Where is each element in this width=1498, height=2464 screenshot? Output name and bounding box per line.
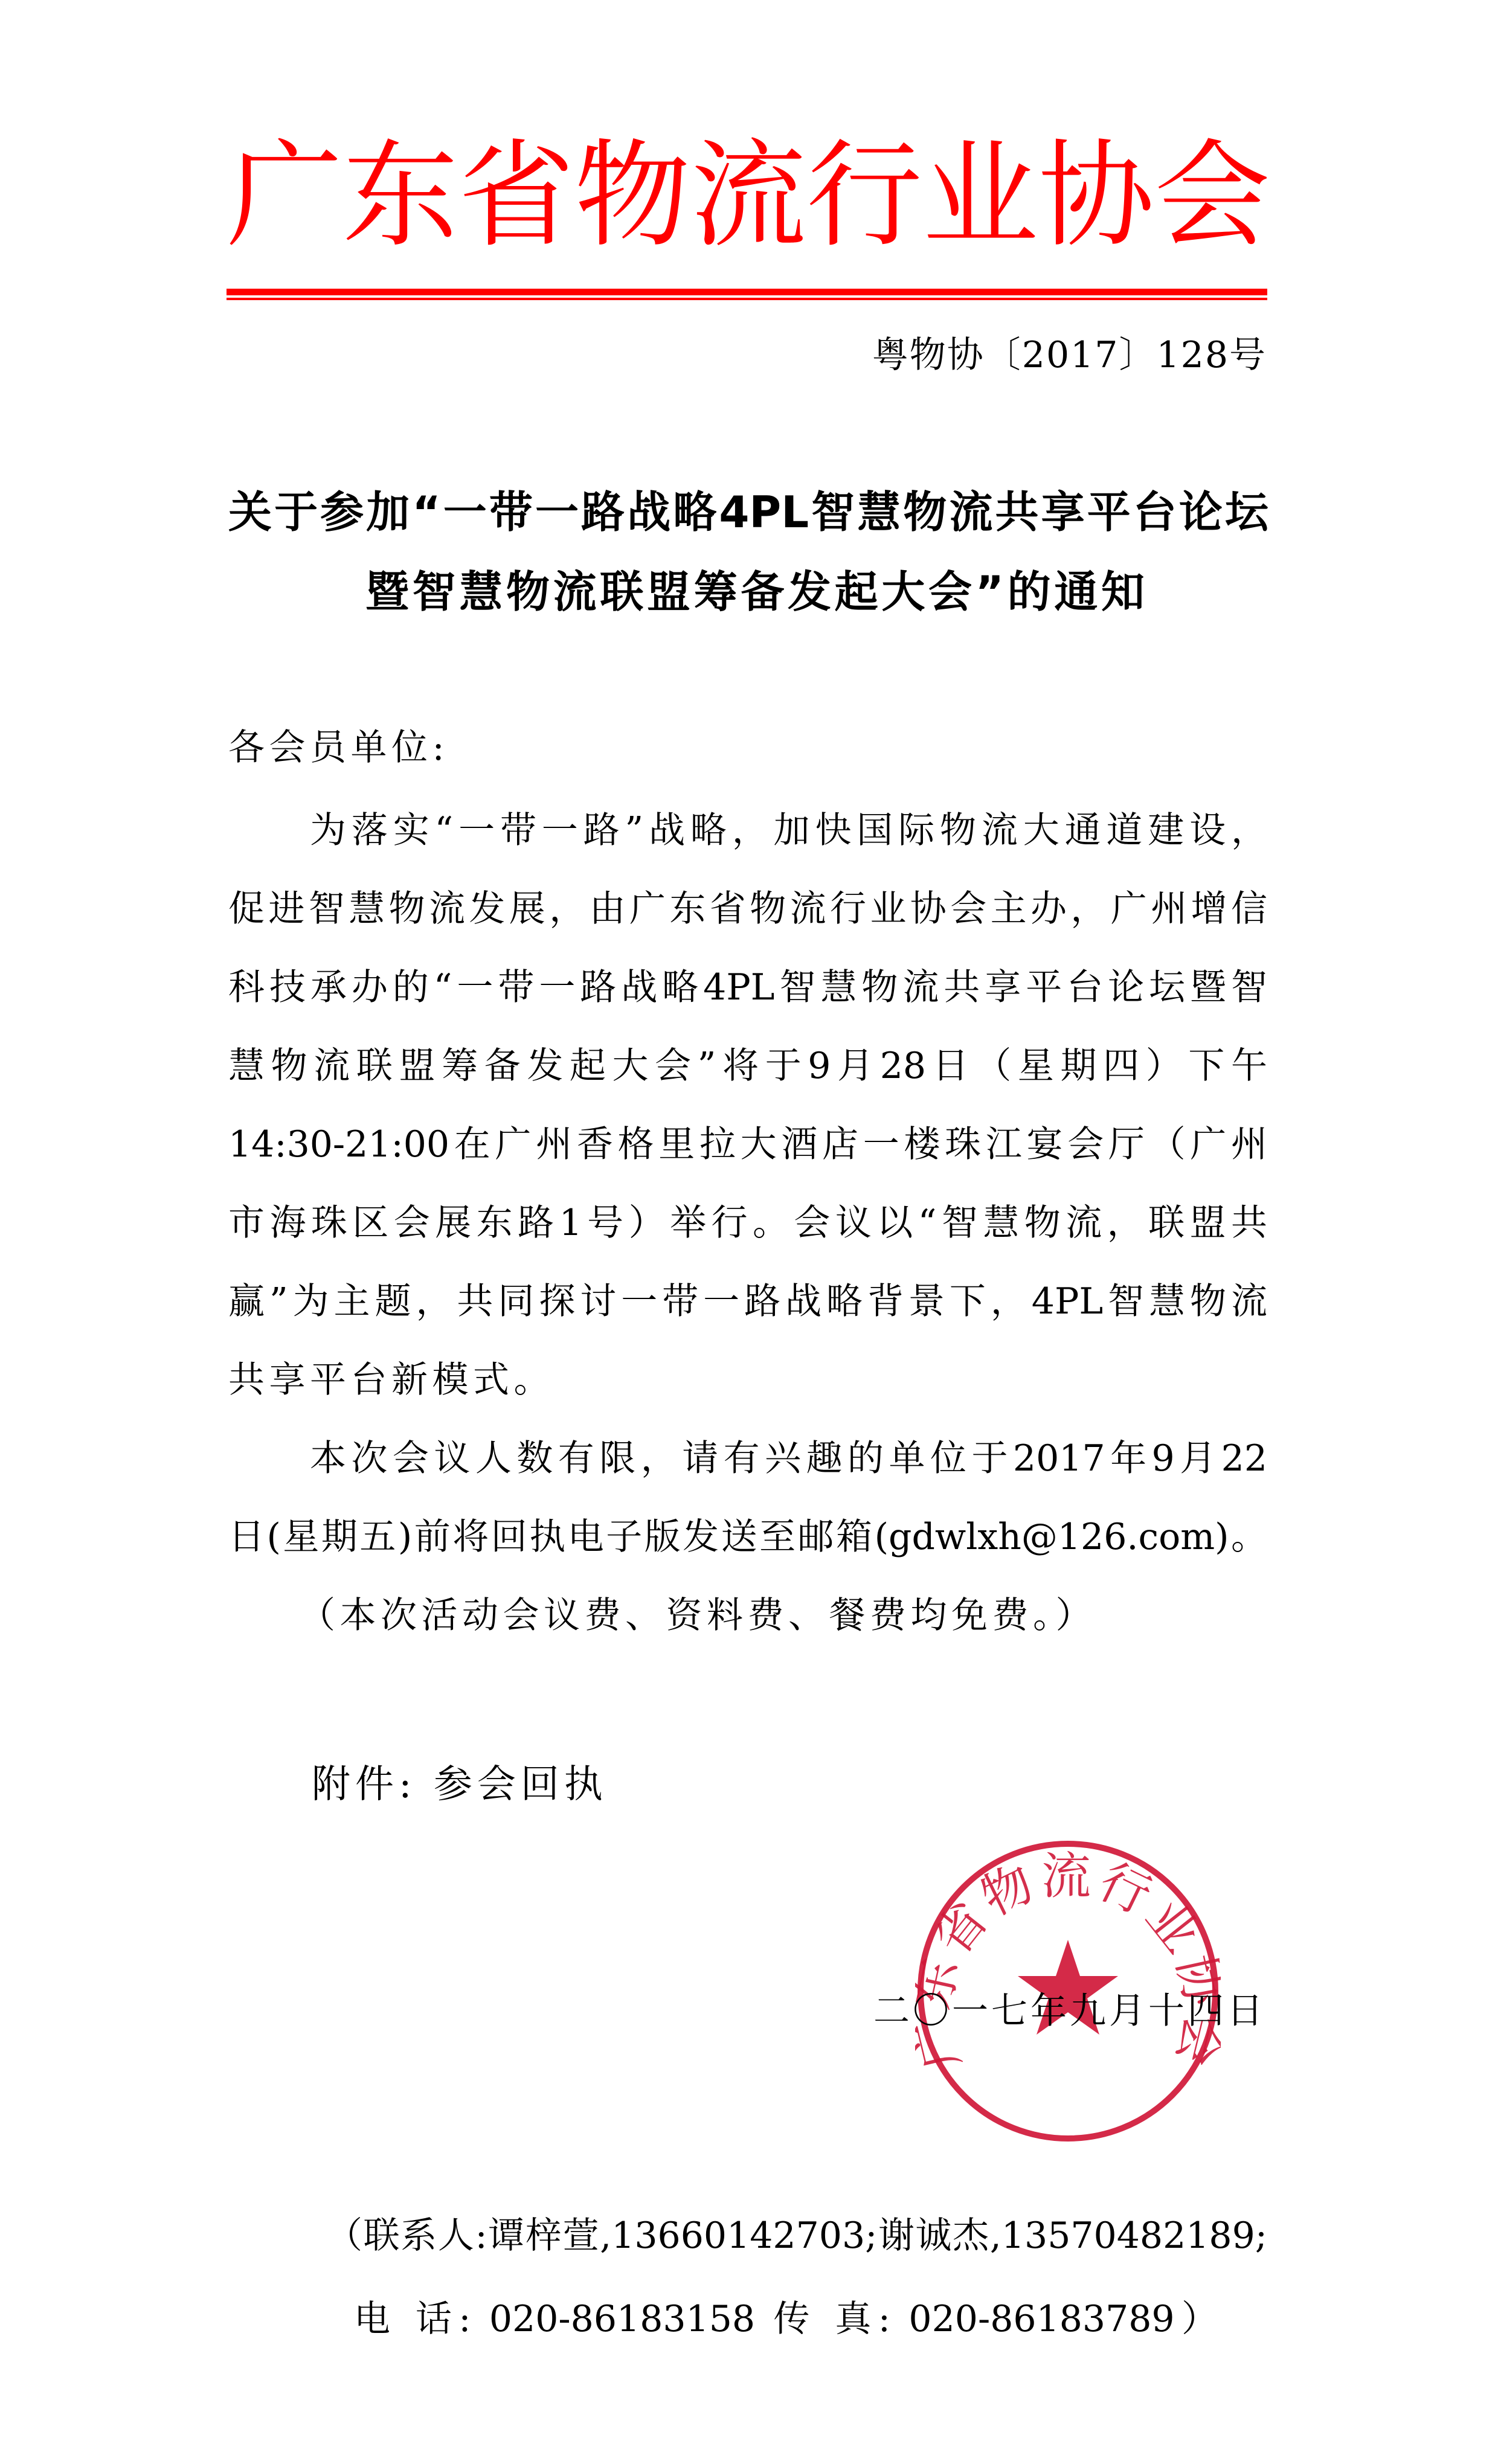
salutation: 各会员单位: <box>228 723 449 772</box>
masthead-rule-thick <box>227 289 1267 295</box>
masthead-organization-name: 广东省物流行业协会 <box>227 124 1268 269</box>
masthead-rule-thin <box>227 298 1267 300</box>
body-line: 本次会议人数有限，请有兴趣的单位于2017年9月22 <box>310 1434 1267 1483</box>
issue-date: 二〇一七年九月十四日 <box>873 1987 1263 2035</box>
body-line: 赢”为主题，共同探讨一带一路战略背景下，4PL智慧物流 <box>228 1277 1267 1326</box>
body-line: 共享平台新模式。 <box>228 1356 1267 1404</box>
body-line: 促进智慧物流发展，由广东省物流行业协会主办，广州增信 <box>228 885 1267 933</box>
body-line: 14:30-21:00在广州香格里拉大酒店一楼珠江宴会厅（广州 <box>228 1120 1267 1169</box>
fee-note: （本次活动会议费、资料费、餐费均免费。） <box>299 1591 1256 1640</box>
contact-phone-fax: 电 话: 020-86183158 传 真: 020-86183789） <box>354 2295 1218 2343</box>
body-line-with-email: 日(星期五)前将回执电子版发送至邮箱(gdwlxh@126.com)。 <box>228 1513 1267 1561</box>
notice-title-line-1: 关于参加“一带一路战略4PL智慧物流共享平台论坛 <box>228 485 1268 539</box>
document-number: 粤物协〔2017〕128号 <box>872 331 1267 379</box>
body-line: 为落实“一带一路”战略，加快国际物流大通道建设， <box>310 806 1267 855</box>
body-line: 慧物流联盟筹备发起大会”将于9月28日（星期四）下午 <box>228 1042 1267 1090</box>
attachment-label: 附件: 参会回执 <box>312 1757 608 1812</box>
body-line: 市海珠区会展东路1号）举行。会议以“智慧物流，联盟共 <box>228 1199 1267 1247</box>
contact-persons: （联系人:谭梓萱,13660142703;谢诚杰,13570482189; <box>326 2212 1267 2260</box>
body-line: 科技承办的“一带一路战略4PL智慧物流共享平台论坛暨智 <box>228 963 1267 1012</box>
notice-title-line-2: 暨智慧物流联盟筹备发起大会”的通知 <box>365 565 1145 619</box>
